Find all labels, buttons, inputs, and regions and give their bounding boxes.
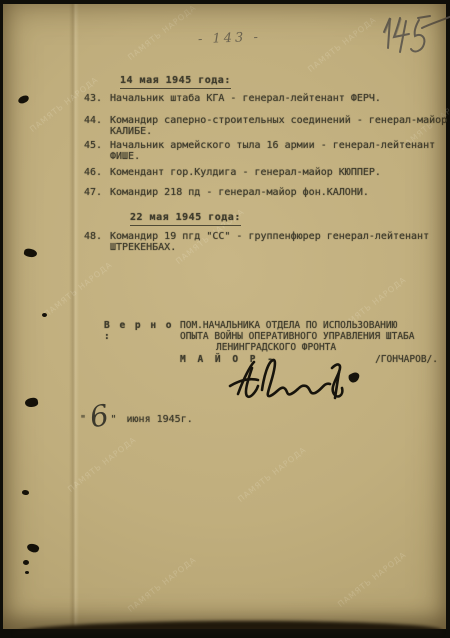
page-number-center: - 143 - xyxy=(198,30,261,47)
certifier-name: /ГОНЧАРОВ/. xyxy=(375,354,438,365)
open-quote: " xyxy=(80,415,86,430)
list-item-44: 44. Командир саперно-строительных соедин… xyxy=(84,116,450,137)
item-text: Командир 19 пгд "СС" - группенфюрер гене… xyxy=(110,232,450,253)
item-text: Начальник армейского тыла 16 армии - ген… xyxy=(110,141,450,162)
signature-scrawl xyxy=(224,350,364,408)
item-text: Начальник штаба КГА - генерал-лейтенант … xyxy=(110,94,450,105)
item-number: 43. xyxy=(84,94,110,105)
scanned-document: ПАМЯТЬ НАРОДА ПАМЯТЬ НАРОДА ПАМЯТЬ НАРОД… xyxy=(0,0,450,638)
item-number: 47. xyxy=(84,188,110,199)
list-item-48: 48. Командир 19 пгд "СС" - группенфюрер … xyxy=(84,232,450,253)
date-line: " 6 " июня 1945г. xyxy=(80,403,193,429)
date-text: июня 1945г. xyxy=(127,415,193,430)
item-text: Командир саперно-строительных соединений… xyxy=(110,116,450,137)
page-number-corner-145 xyxy=(378,6,450,56)
item-number: 44. xyxy=(84,116,110,137)
certification-line: ОПЫТА ВОЙНЫ ОПЕРАТИВНОГО УПРАВЛЕНИЯ ШТАБ… xyxy=(180,331,438,342)
item-number: 48. xyxy=(84,232,110,253)
ink-blot xyxy=(22,490,29,495)
ink-blot xyxy=(25,571,29,574)
ink-blot xyxy=(42,313,47,317)
item-number: 46. xyxy=(84,168,110,179)
handwritten-day: 6 xyxy=(88,402,111,431)
item-text: Комендант гор.Кулдига - генерал-майор КЮ… xyxy=(110,168,450,179)
section-heading-14-may: 14 мая 1945 года: xyxy=(120,76,231,89)
item-number: 45. xyxy=(84,141,110,162)
paper-fold-line xyxy=(69,4,79,629)
close-quote: " xyxy=(110,415,116,430)
list-item-45: 45. Начальник армейского тыла 16 армии -… xyxy=(84,141,450,162)
section-heading-22-may: 22 мая 1945 года: xyxy=(130,213,241,226)
list-item-47: 47. Командир 218 пд - генерал-майор фон.… xyxy=(84,188,450,199)
ink-blot xyxy=(23,560,29,565)
item-text: Командир 218 пд - генерал-майор фон.КАЛО… xyxy=(110,188,450,199)
verno-label: В е р н о : xyxy=(104,320,180,365)
list-item-43: 43. Начальник штаба КГА - генерал-лейтен… xyxy=(84,94,450,105)
list-item-46: 46. Комендант гор.Кулдига - генерал-майо… xyxy=(84,168,450,179)
certification-line: ПОМ.НАЧАЛЬНИКА ОТДЕЛА ПО ИСПОЛЬЗОВАНИЮ xyxy=(180,320,438,331)
